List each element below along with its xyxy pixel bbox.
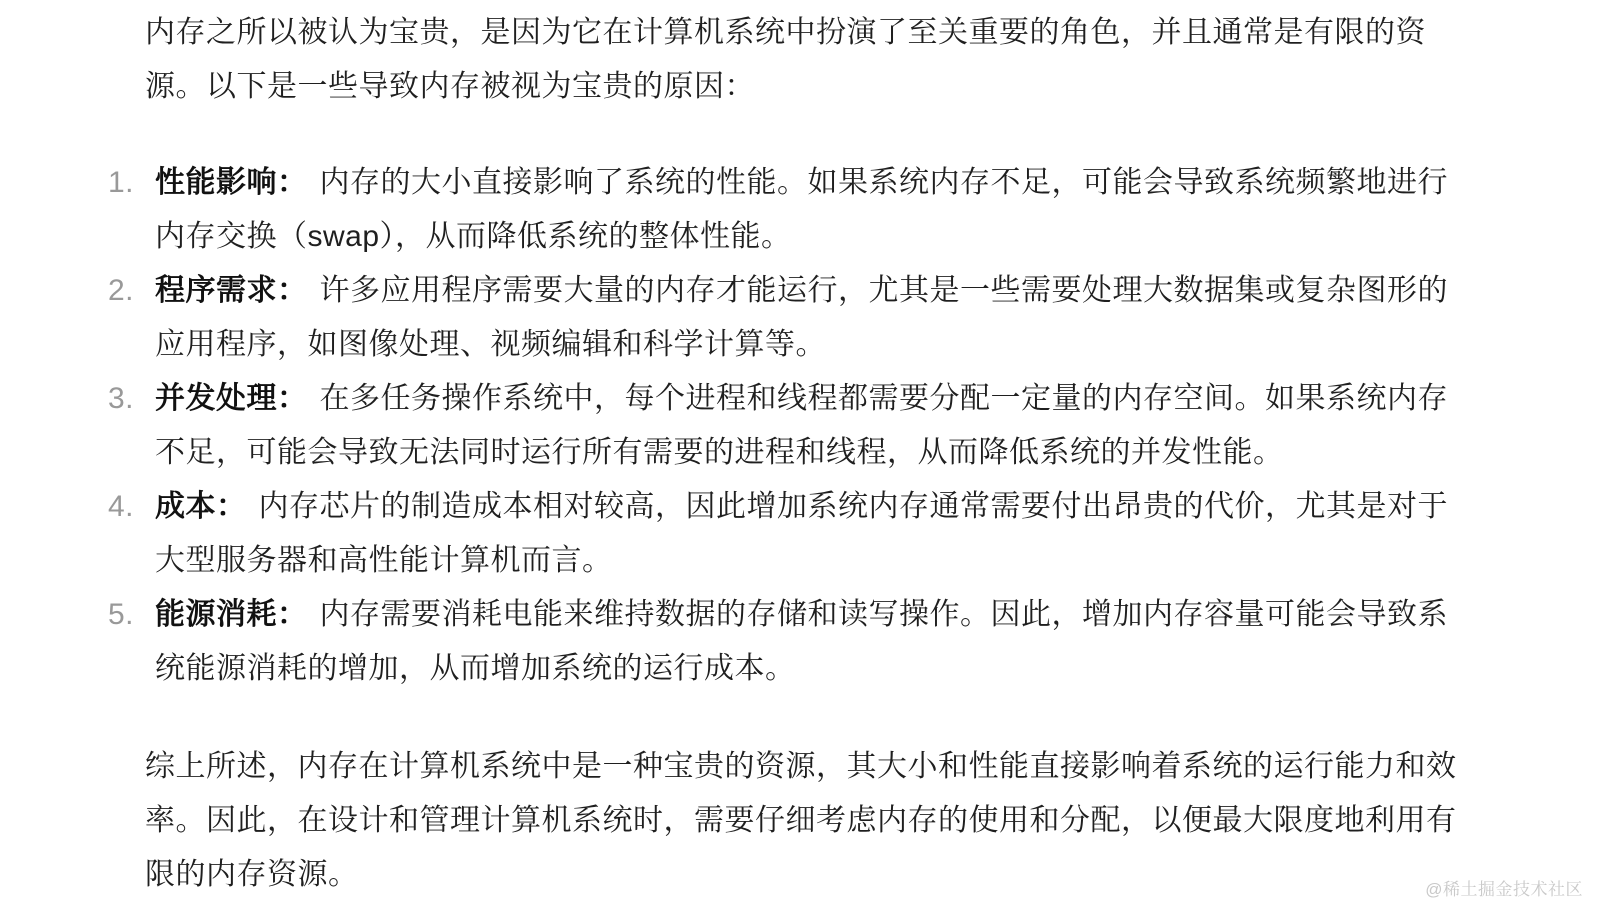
list-item: 2. 程序需求：许多应用程序需要大量的内存才能运行，尤其是一些需要处理大数据集或… — [145, 264, 1467, 372]
list-item: 1. 性能影响：内存的大小直接影响了系统的性能。如果系统内存不足，可能会导致系统… — [145, 156, 1467, 264]
list-item-text: 成本：内存芯片的制造成本相对较高，因此增加系统内存通常需要付出昂贵的代价，尤其是… — [155, 480, 1467, 588]
list-item-term: 程序需求： — [155, 274, 308, 307]
intro-paragraph: 内存之所以被认为宝贵，是因为它在计算机系统中扮演了至关重要的角色，并且通常是有限… — [145, 6, 1467, 114]
list-item-body: 在多任务操作系统中，每个进程和线程都需要分配一定量的内存空间。如果系统内存不足，… — [155, 382, 1448, 469]
list-item-text: 程序需求：许多应用程序需要大量的内存才能运行，尤其是一些需要处理大数据集或复杂图… — [155, 264, 1467, 372]
document-body: 内存之所以被认为宝贵，是因为它在计算机系统中扮演了至关重要的角色，并且通常是有限… — [145, 6, 1467, 902]
list-item-term: 性能影响： — [155, 166, 308, 199]
list-item-body: 许多应用程序需要大量的内存才能运行，尤其是一些需要处理大数据集或复杂图形的应用程… — [155, 274, 1448, 361]
conclusion-paragraph: 综上所述，内存在计算机系统中是一种宝贵的资源，其大小和性能直接影响着系统的运行能… — [145, 740, 1467, 902]
list-item-term: 能源消耗： — [155, 598, 308, 631]
list-item-body: 内存芯片的制造成本相对较高，因此增加系统内存通常需要付出昂贵的代价，尤其是对于大… — [155, 490, 1448, 577]
list-item-number: 2. — [108, 264, 155, 318]
document-page: 内存之所以被认为宝贵，是因为它在计算机系统中扮演了至关重要的角色，并且通常是有限… — [0, 0, 1620, 920]
list-item: 5. 能源消耗：内存需要消耗电能来维持数据的存储和读写操作。因此，增加内存容量可… — [145, 588, 1467, 696]
list-item-text: 能源消耗：内存需要消耗电能来维持数据的存储和读写操作。因此，增加内存容量可能会导… — [155, 588, 1467, 696]
list-item-term: 并发处理： — [155, 382, 308, 415]
list-item-text: 性能影响：内存的大小直接影响了系统的性能。如果系统内存不足，可能会导致系统频繁地… — [155, 156, 1467, 264]
list-item-number: 5. — [108, 588, 155, 642]
list-item-body: 内存需要消耗电能来维持数据的存储和读写操作。因此，增加内存容量可能会导致系统能源… — [155, 598, 1448, 685]
reasons-list: 1. 性能影响：内存的大小直接影响了系统的性能。如果系统内存不足，可能会导致系统… — [145, 156, 1467, 696]
list-item-term: 成本： — [155, 490, 247, 523]
watermark: @稀土掘金技术社区 — [1425, 881, 1583, 898]
list-item-number: 3. — [108, 372, 155, 426]
list-item: 4. 成本：内存芯片的制造成本相对较高，因此增加系统内存通常需要付出昂贵的代价，… — [145, 480, 1467, 588]
list-item: 3. 并发处理：在多任务操作系统中，每个进程和线程都需要分配一定量的内存空间。如… — [145, 372, 1467, 480]
list-item-body: 内存的大小直接影响了系统的性能。如果系统内存不足，可能会导致系统频繁地进行内存交… — [155, 166, 1448, 253]
list-item-number: 4. — [108, 480, 155, 534]
list-item-number: 1. — [108, 156, 155, 210]
list-item-text: 并发处理：在多任务操作系统中，每个进程和线程都需要分配一定量的内存空间。如果系统… — [155, 372, 1467, 480]
